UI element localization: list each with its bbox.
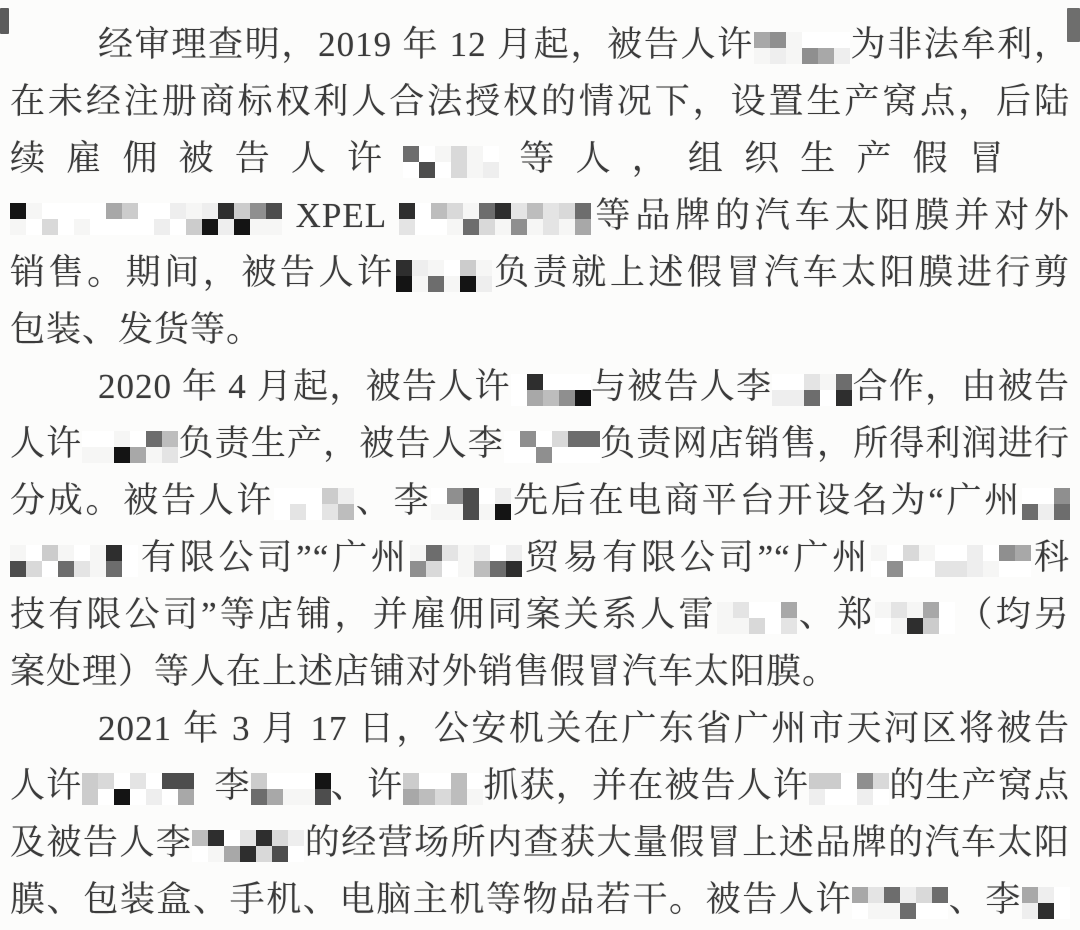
text-line: 在未经注册商标权利人合法授权的情况下，设置生产窝点，后陆 bbox=[10, 73, 1070, 130]
text-segment: 先后在电商平台开设名为“广州 bbox=[511, 481, 1022, 520]
text-segment: 、李 bbox=[948, 880, 1022, 919]
redaction-mosaic-block bbox=[717, 602, 797, 634]
redaction-mosaic-block bbox=[403, 773, 483, 805]
text-segment: 等人，组织生产假冒 bbox=[499, 139, 1025, 178]
text-segment: 负责网店销售，所得利润进行 bbox=[600, 424, 1070, 463]
text-line: 销售。期间，被告人许负责就上述假冒汽车太阳膜进行剪裁、 bbox=[10, 244, 1070, 301]
whitespace-gap bbox=[1025, 168, 1070, 170]
text-segment: 负责生产，被告人李 bbox=[178, 424, 504, 463]
text-segment: 、许 bbox=[331, 766, 404, 805]
text-segment: 销售。期间，被告人许 bbox=[10, 253, 396, 292]
redaction-mosaic-block bbox=[875, 602, 955, 634]
text-segment: 分成。被告人许 bbox=[10, 481, 274, 520]
redaction-mosaic-block bbox=[251, 773, 331, 805]
redaction-mosaic-block bbox=[82, 431, 178, 463]
text-segment: 、郑 bbox=[797, 595, 876, 634]
text-line: 分成。被告人许、李先后在电商平台开设名为“广州 bbox=[10, 472, 1070, 529]
text-line: 及被告人李的经营场所内查获大量假冒上述品牌的汽车太阳 bbox=[10, 814, 1070, 871]
redaction-mosaic-block bbox=[431, 488, 511, 520]
text-segment: 、李 bbox=[354, 481, 431, 520]
text-segment: 案处理）等人在上述店铺对外销售假冒汽车太阳膜。 bbox=[10, 652, 838, 691]
text-segment: 技有限公司”等店铺，并雇佣同案关系人雷 bbox=[10, 595, 717, 634]
text-line: XPEL 等品牌的汽车太阳膜并对外 bbox=[10, 187, 1070, 244]
redaction-mosaic-block bbox=[754, 32, 850, 64]
text-segment: 为非法牟利， bbox=[850, 25, 1070, 64]
text-line: 经审理查明，2019 年 12 月起，被告人许为非法牟利， bbox=[10, 16, 1070, 73]
scan-artifact-left-edge bbox=[0, 8, 9, 34]
redaction-mosaic-block bbox=[10, 545, 138, 577]
document-body: 经审理查明，2019 年 12 月起，被告人许为非法牟利，在未经注册商标权利人合… bbox=[10, 16, 1070, 928]
redaction-mosaic-block bbox=[504, 431, 600, 463]
text-segment: 有限公司”“广州 bbox=[138, 538, 410, 577]
text-segment: 续雇佣被告人许 bbox=[10, 139, 403, 178]
text-segment: 2020 年 4 月起，被告人许 bbox=[98, 367, 511, 406]
text-line: 人许李、许抓获，并在被告人许的生产窝点 bbox=[10, 757, 1070, 814]
redaction-mosaic-block bbox=[410, 545, 522, 577]
text-segment: 抓获，并在被告人许 bbox=[483, 766, 809, 805]
text-segment: XPEL bbox=[282, 196, 399, 235]
text-line: 包装、发货等。 bbox=[10, 301, 1070, 358]
text-line: 有限公司”“广州贸易有限公司”“广州科 bbox=[10, 529, 1070, 586]
whitespace-gap bbox=[194, 795, 214, 797]
redaction-mosaic-block bbox=[871, 545, 1031, 577]
text-segment: 人许 bbox=[10, 766, 82, 805]
redaction-mosaic-block bbox=[403, 146, 499, 178]
text-segment: （均另 bbox=[955, 595, 1070, 634]
scanned-court-document-page: 经审理查明，2019 年 12 月起，被告人许为非法牟利，在未经注册商标权利人合… bbox=[0, 0, 1080, 930]
text-segment: 2021 年 3 月 17 日，公安机关在广东省广州市天河区将被告 bbox=[98, 709, 1070, 748]
text-segment: 及被告人李 bbox=[10, 823, 192, 862]
redaction-mosaic-block bbox=[10, 203, 282, 235]
text-segment: 膜、包装盒、手机、电脑主机等物品若干。被告人许 bbox=[10, 880, 852, 919]
text-segment: 科 bbox=[1031, 538, 1070, 577]
text-line: 技有限公司”等店铺，并雇佣同案关系人雷、郑（均另 bbox=[10, 586, 1070, 643]
text-segment: 贸易有限公司”“广州 bbox=[522, 538, 871, 577]
redaction-mosaic-block bbox=[1022, 887, 1070, 919]
redaction-mosaic-block bbox=[511, 374, 591, 406]
text-segment: 人许 bbox=[10, 424, 82, 463]
text-segment: 的生产窝点 bbox=[889, 766, 1070, 805]
text-segment: 包装、发货等。 bbox=[10, 310, 262, 349]
redaction-mosaic-block bbox=[192, 830, 304, 862]
text-line: 2020 年 4 月起，被告人许与被告人李合作，由被告 bbox=[10, 358, 1070, 415]
text-segment: 等品牌的汽车太阳膜并对外 bbox=[591, 196, 1070, 235]
redaction-mosaic-block bbox=[1022, 488, 1070, 520]
text-segment: 经审理查明，2019 年 12 月起，被告人许 bbox=[98, 25, 754, 64]
redaction-mosaic-block bbox=[274, 488, 354, 520]
scan-artifact-right-edge bbox=[1067, 8, 1080, 42]
text-line: 案处理）等人在上述店铺对外销售假冒汽车太阳膜。 bbox=[10, 643, 1070, 700]
text-segment: 的经营场所内查获大量假冒上述品牌的汽车太阳 bbox=[304, 823, 1070, 862]
text-segment: 合作，由被告 bbox=[852, 367, 1070, 406]
redaction-mosaic-block bbox=[852, 887, 948, 919]
text-segment: 在未经注册商标权利人合法授权的情况下，设置生产窝点，后陆 bbox=[10, 82, 1070, 121]
text-line: 人许负责生产，被告人李负责网店销售，所得利润进行 bbox=[10, 415, 1070, 472]
text-segment: 与被告人李 bbox=[591, 367, 773, 406]
text-segment: 李 bbox=[214, 766, 250, 805]
redaction-mosaic-block bbox=[396, 260, 492, 292]
text-line: 膜、包装盒、手机、电脑主机等物品若干。被告人许、李 bbox=[10, 871, 1070, 928]
text-line: 2021 年 3 月 17 日，公安机关在广东省广州市天河区将被告 bbox=[10, 700, 1070, 757]
text-line: 续雇佣被告人许等人，组织生产假冒 bbox=[10, 130, 1070, 187]
redaction-mosaic-block bbox=[399, 203, 591, 235]
redaction-mosaic-block bbox=[809, 773, 889, 805]
redaction-mosaic-block bbox=[82, 773, 194, 805]
redaction-mosaic-block bbox=[772, 374, 852, 406]
